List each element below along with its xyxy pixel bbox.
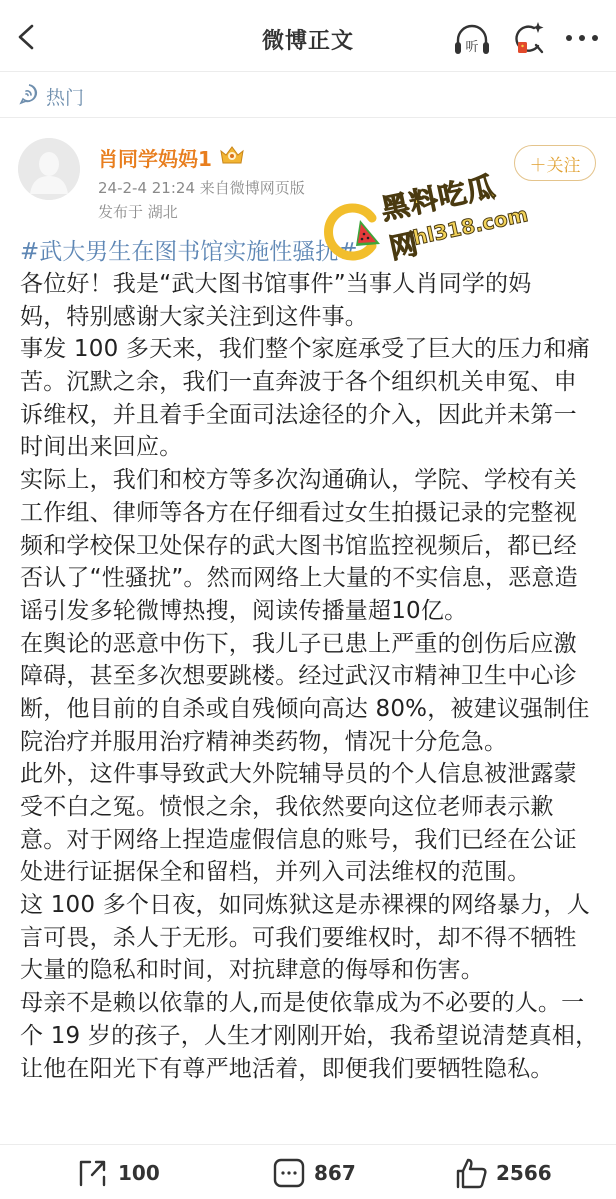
body-line: 在舆论的恶意中伤下，我儿子已患上严重的创伤后应激: [20, 628, 600, 661]
body-line: 母亲不是赖以依靠的人,而是使依靠成为不必要的人。一: [20, 987, 600, 1020]
svg-text:听: 听: [465, 40, 478, 55]
post-content: #武大男生在图书馆实施性骚扰# 各位好！我是“武大图书馆事件”当事人肖同学的妈 …: [20, 236, 600, 1085]
hot-label: 热门: [46, 83, 84, 110]
body-line: 这 100 多个日夜，如同炼狱这是赤裸裸的网络暴力，人: [20, 889, 600, 922]
body-line: 谣引发多轮微博热搜，阅读传播量超10亿。: [20, 595, 600, 628]
repost-count: 100: [118, 1161, 160, 1185]
repost-button[interactable]: 100: [76, 1157, 160, 1189]
comment-count: 867: [314, 1161, 356, 1185]
like-count: 2566: [496, 1161, 552, 1185]
listen-button[interactable]: 听: [452, 22, 492, 58]
hot-divider: [0, 117, 616, 118]
body-line: 障碍，甚至多次想要跳楼。经过武汉市精神卫生中心诊: [20, 660, 600, 693]
body-line: 言可畏，杀人于无形。可我们要维权时，却不得不牺牲: [20, 922, 600, 955]
body-line: 各位好！我是“武大图书馆事件”当事人肖同学的妈: [20, 268, 600, 301]
thumbs-up-icon: [454, 1157, 488, 1189]
body-line: 处进行证据保全和留档，并列入司法维权的范围。: [20, 856, 600, 889]
avatar[interactable]: [18, 138, 80, 200]
author-name[interactable]: 肖同学妈妈1: [98, 143, 212, 172]
headphones-listen-icon: 听: [452, 22, 492, 58]
hot-tag-row[interactable]: 热门: [0, 72, 616, 117]
hashtag-link[interactable]: #武大男生在图书馆实施性骚扰#: [20, 236, 600, 268]
body-line: 时间出来回应。: [20, 431, 600, 464]
body-line: 意。对于网络上捏造虚假信息的账号，我们已经在公证: [20, 824, 600, 857]
post-location: 发布于 湖北: [98, 201, 178, 222]
ai-search-icon: [510, 18, 550, 58]
more-dots-icon: [560, 30, 604, 46]
follow-button[interactable]: ＋关注: [514, 145, 596, 181]
default-avatar-icon: [18, 138, 80, 200]
body-line: 院治疗并服用治疗精神类药物，情况十分危急。: [20, 726, 600, 759]
body-line: 频和学校保卫处保存的武大图书馆监控视频后，都已经: [20, 530, 600, 563]
body-line: 事发 100 多天来，我们整个家庭承受了巨大的压力和痛: [20, 333, 600, 366]
body-line: 实际上，我们和校方等多次沟通确认，学院、学校有关: [20, 464, 600, 497]
body-line: 诉维权，并且着手全面司法途径的介入，因此并未第一: [20, 399, 600, 432]
body-line: 让他在阳光下有尊严地活着，即便我们要牺牲隐私。: [20, 1053, 600, 1086]
post-timestamp-source: 24-2-4 21:24 来自微博网页版: [98, 177, 305, 198]
body-line: 断，他目前的自杀或自残倾向高达 80%，被建议强制住: [20, 693, 600, 726]
comment-icon: [272, 1157, 306, 1189]
body-line: 个 19 岁的孩子，人生才刚刚开始，我希望说清楚真相，: [20, 1020, 600, 1053]
body-line: 大量的隐私和时间，对抗肆意的侮辱和伤害。: [20, 954, 600, 987]
vip-crown-icon: [218, 142, 246, 166]
body-line: 妈，特别感谢大家关注到这件事。: [20, 301, 600, 334]
more-button[interactable]: [560, 30, 604, 46]
comment-button[interactable]: 867: [272, 1157, 356, 1189]
ai-search-button[interactable]: [510, 18, 550, 58]
repost-icon: [76, 1157, 110, 1189]
hot-topic-icon: [18, 83, 40, 105]
body-line: 受不白之冤。愤恨之余，我依然要向这位老师表示歉: [20, 791, 600, 824]
body-line: 工作组、律师等各方在仔细看过女生拍摄记录的完整视: [20, 497, 600, 530]
action-bar: 100 867 2566: [0, 1145, 616, 1199]
navbar: 微博正文 听: [0, 0, 616, 72]
like-button[interactable]: 2566: [454, 1157, 552, 1189]
body-line: 此外，这件事导致武大外院辅导员的个人信息被泄露蒙: [20, 758, 600, 791]
body-line: 苦。沉默之余，我们一直奔波于各个组织机关申冤、申: [20, 366, 600, 399]
body-line: 否认了“性骚扰”。然而网络上大量的不实信息，恶意造: [20, 562, 600, 595]
